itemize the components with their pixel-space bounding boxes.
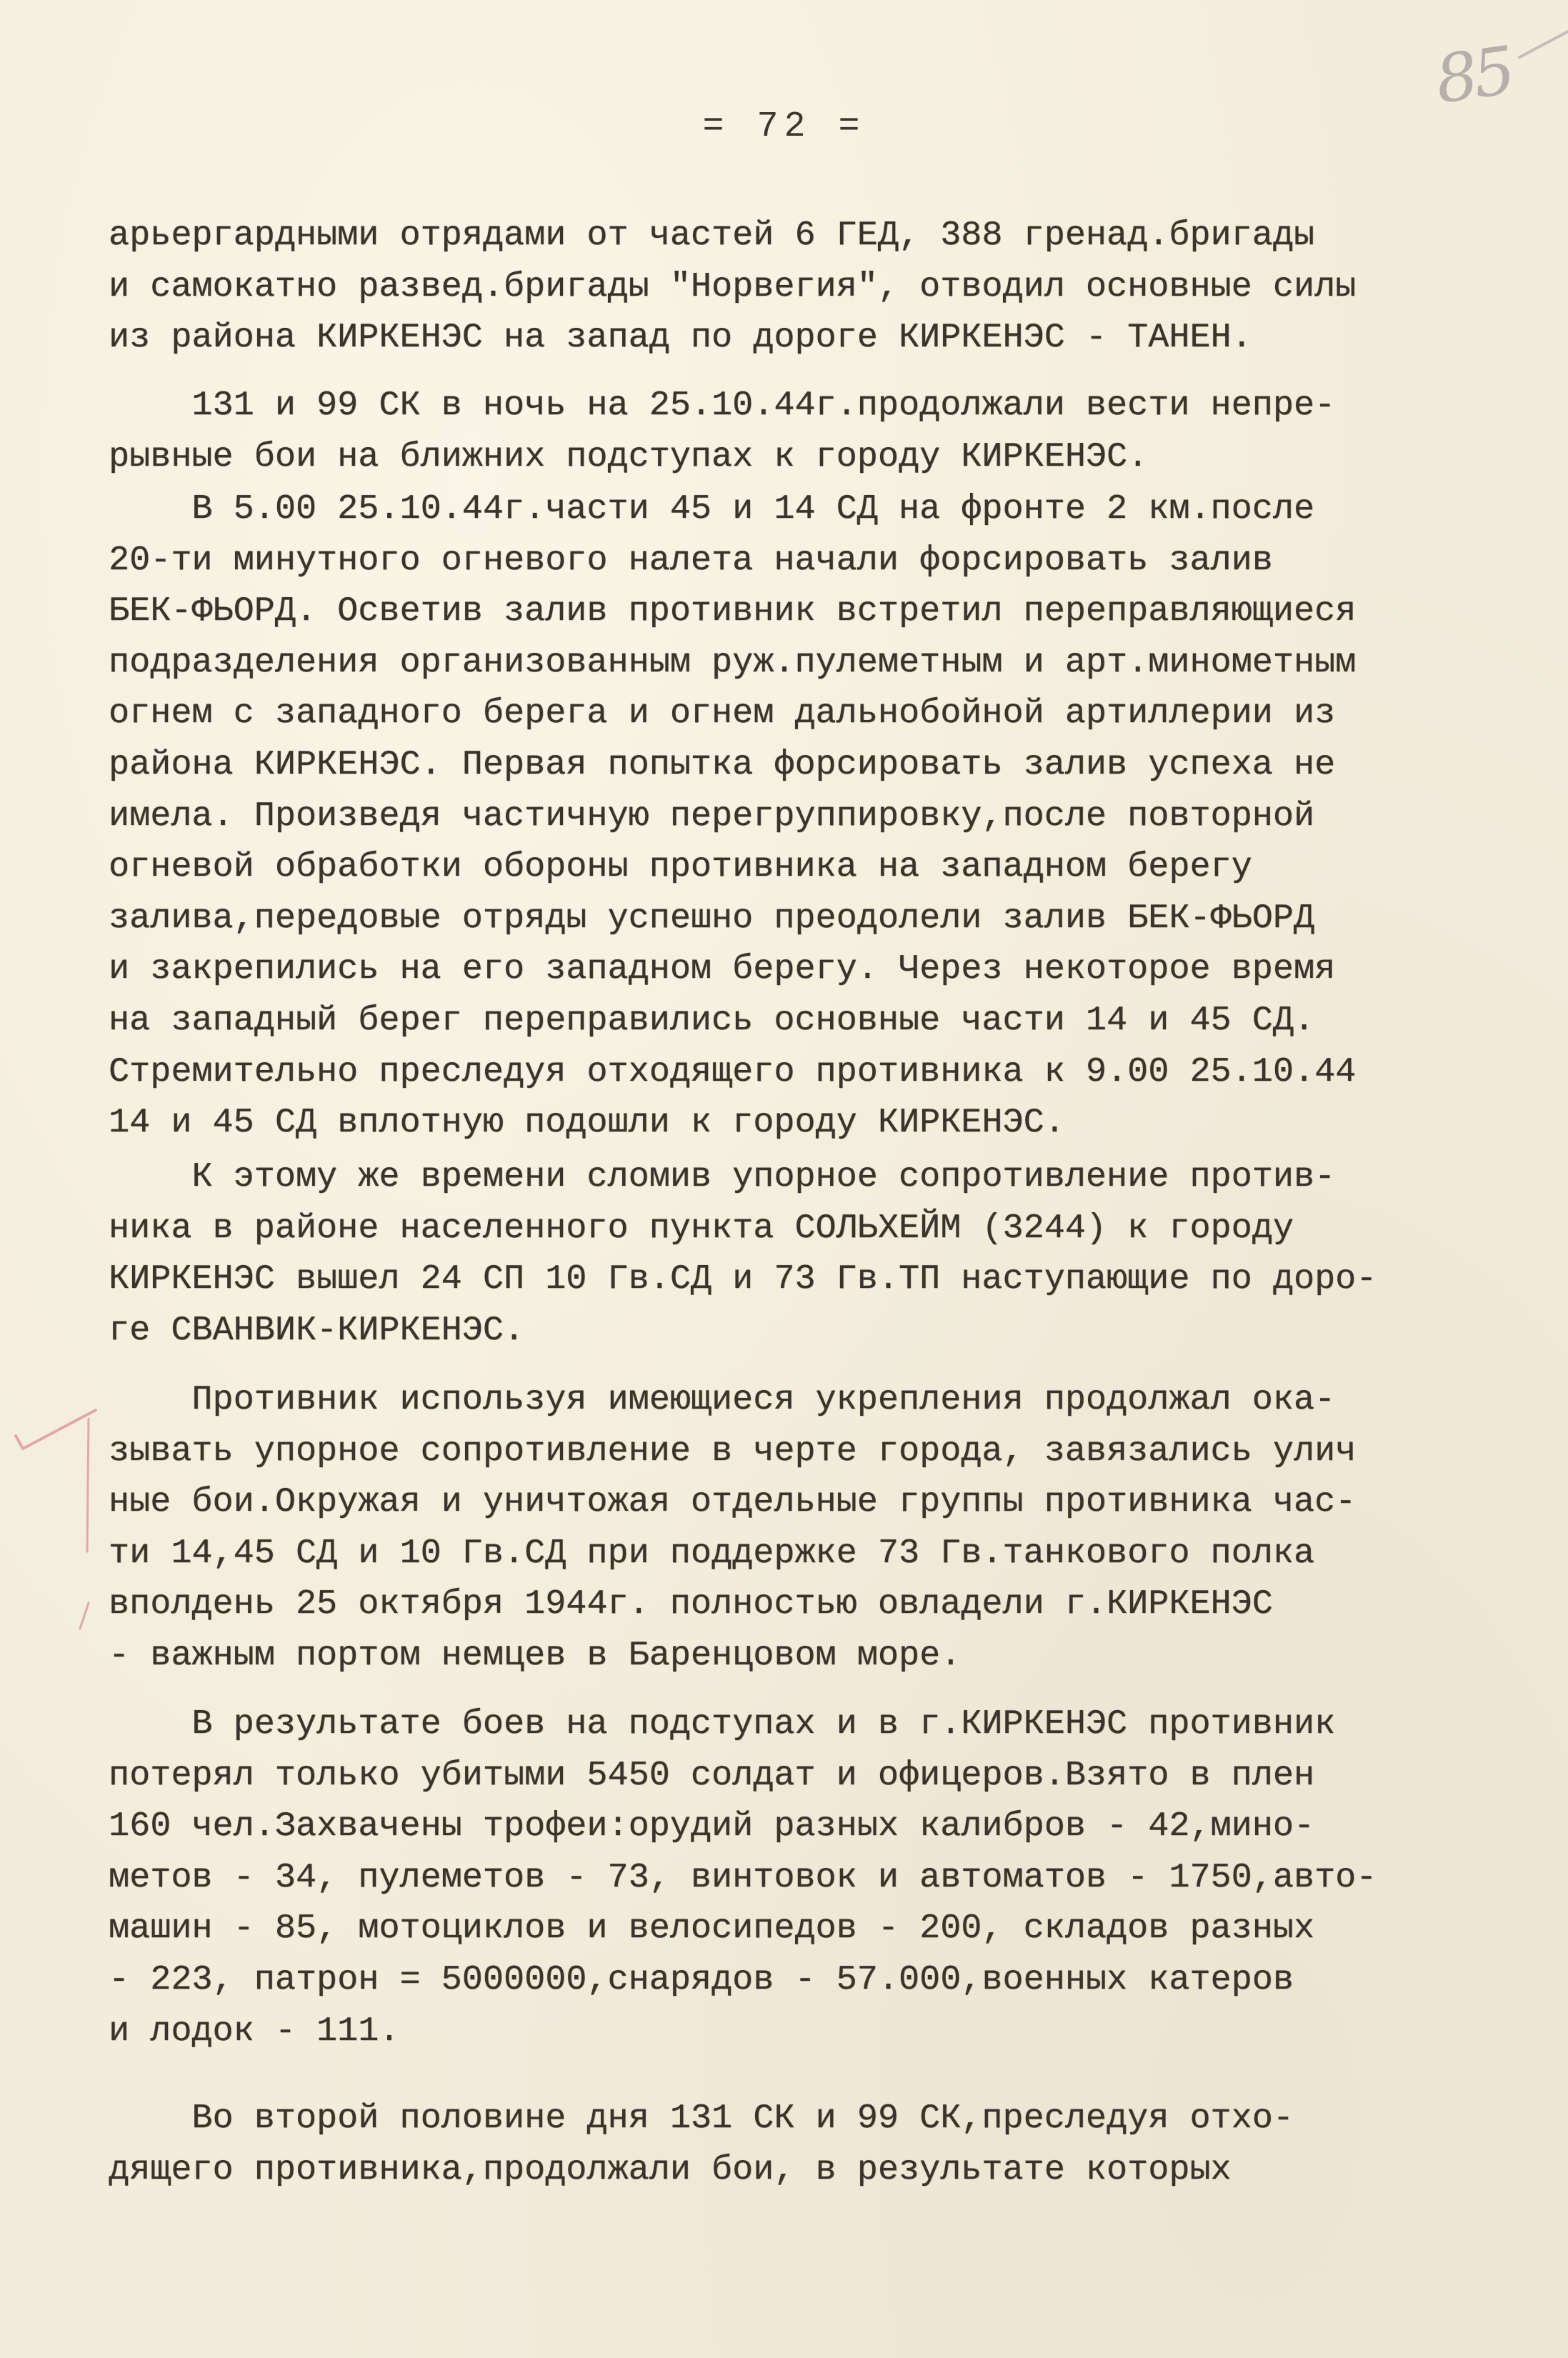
text-line: и самокатно развед.бригады "Норвегия", о… xyxy=(109,266,1356,309)
text-line: 14 и 45 СД вплотную подошли к городу КИР… xyxy=(109,1101,1065,1144)
text-line: БЕК-ФЬОРД. Осветив залив противник встре… xyxy=(109,590,1356,633)
text-line: - важным портом немцев в Баренцовом море… xyxy=(109,1634,961,1677)
text-line: зывать упорное сопротивление в черте гор… xyxy=(109,1430,1356,1473)
text-line: ника в районе населенного пункта СОЛЬХЕЙ… xyxy=(109,1207,1294,1250)
text-line: 20-ти минутного огневого налета начали ф… xyxy=(109,539,1273,582)
text-line: - 223, патрон = 5000000,снарядов - 57.00… xyxy=(109,1959,1294,2002)
text-line: огнем с западного берега и огнем дальноб… xyxy=(109,692,1335,735)
text-line: Стремительно преследуя отходящего против… xyxy=(109,1051,1356,1094)
text-line: метов - 34, пулеметов - 73, винтовок и а… xyxy=(109,1857,1377,1899)
text-line: Во второй половине дня 131 СК и 99 СК,пр… xyxy=(109,2097,1294,2140)
text-line: ные бои.Окружая и уничтожая отдельные гр… xyxy=(109,1481,1356,1524)
text-line: ти 14,45 СД и 10 Гв.СД при поддержке 73 … xyxy=(109,1532,1314,1575)
text-line: дящего противника,продолжали бои, в резу… xyxy=(109,2149,1232,2192)
text-line: 131 и 99 СК в ночь на 25.10.44г.продолжа… xyxy=(109,384,1335,427)
pencil-stroke xyxy=(1517,26,1568,59)
text-line: В 5.00 25.10.44г.части 45 и 14 СД на фро… xyxy=(109,488,1314,531)
text-line: на западный берег переправились основные… xyxy=(109,999,1314,1042)
text-line: ге СВАНВИК-КИРКЕНЭС. xyxy=(109,1309,524,1352)
text-line: В результате боев на подступах и в г.КИР… xyxy=(109,1703,1335,1746)
checkmark-icon xyxy=(10,1400,103,1586)
text-line: потерял только убитыми 5450 солдат и офи… xyxy=(109,1754,1314,1797)
text-line: К этому же времени сломив упорное сопрот… xyxy=(109,1156,1335,1199)
text-line: и лодок - 111. xyxy=(109,2010,399,2053)
margin-tick-icon xyxy=(77,1600,91,1632)
text-line: имела. Произведя частичную перегруппиров… xyxy=(109,795,1314,838)
text-line: арьергардными отрядами от частей 6 ГЕД, … xyxy=(109,214,1314,257)
page-number: = 72 = xyxy=(0,106,1568,149)
text-line: машин - 85, мотоциклов и велосипедов - 2… xyxy=(109,1907,1314,1950)
document-page: 85 = 72 = арьергардными отрядами от част… xyxy=(0,0,1568,2358)
text-line: района КИРКЕНЭС. Первая попытка форсиров… xyxy=(109,744,1335,786)
text-line: 160 чел.Захвачены трофеи:орудий разных к… xyxy=(109,1805,1314,1848)
text-line: рывные бои на ближних подступах к городу… xyxy=(109,436,1148,479)
text-line: вполдень 25 октября 1944г. полностью овл… xyxy=(109,1583,1273,1626)
text-line: Противник используя имеющиеся укрепления… xyxy=(109,1379,1335,1422)
text-line: подразделения организованным руж.пулемет… xyxy=(109,641,1356,684)
text-line: огневой обработки обороны противника на … xyxy=(109,846,1252,889)
text-line: из района КИРКЕНЭС на запад по дороге КИ… xyxy=(109,316,1252,359)
text-line: КИРКЕНЭС вышел 24 СП 10 Гв.СД и 73 Гв.ТП… xyxy=(109,1258,1377,1301)
text-line: и закрепились на его западном берегу. Че… xyxy=(109,948,1335,991)
text-line: залива,передовые отряды успешно преодоле… xyxy=(109,897,1314,940)
